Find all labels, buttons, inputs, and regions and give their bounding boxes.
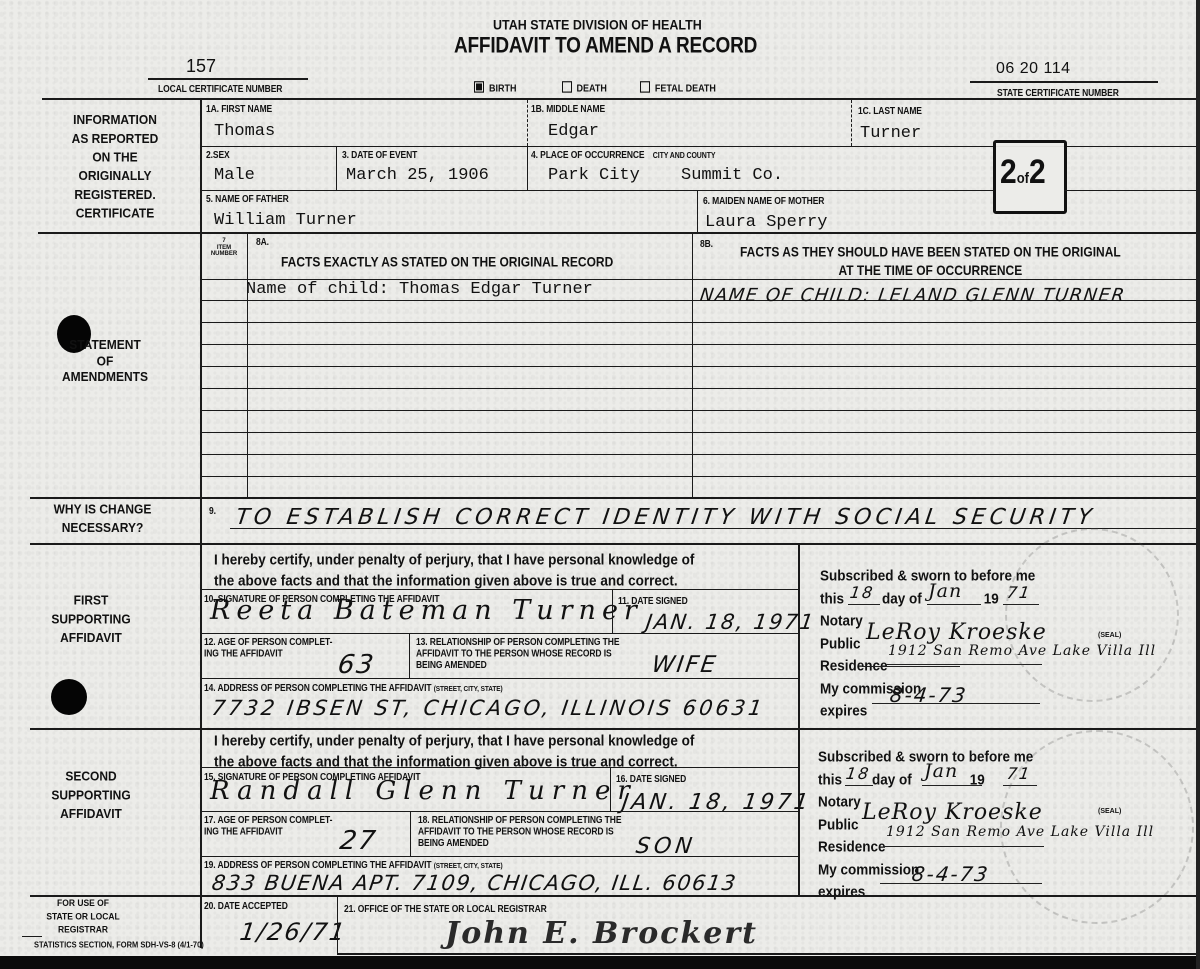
middle-name-label: 1B. MIDDLE NAME bbox=[531, 103, 605, 115]
section-label-registrar: FOR USE OF STATE OR LOCAL REGISTRAR bbox=[28, 896, 138, 936]
registrar-signature: John E. Brockert bbox=[445, 916, 758, 951]
date-of-event-label: 3. DATE OF EVENT bbox=[342, 149, 417, 161]
notary-day-2: 18 bbox=[845, 764, 872, 783]
item-number-header: 7 ITEM NUMBER bbox=[203, 238, 245, 258]
date-of-event-value: March 25, 1906 bbox=[346, 166, 489, 185]
address-label-19: 19. ADDRESS OF PERSON COMPLETING THE AFF… bbox=[204, 859, 503, 871]
registrar-office-label: 21. OFFICE OF THE STATE OR LOCAL REGISTR… bbox=[344, 903, 547, 915]
local-certificate-number: 157 bbox=[186, 56, 216, 77]
notary-month-2: Jan bbox=[924, 760, 958, 782]
relationship-label-18: 18. RELATIONSHIP OF PERSON COMPLETING TH… bbox=[418, 814, 621, 849]
age-value-12: 63 bbox=[336, 650, 377, 680]
sex-value: Male bbox=[214, 166, 255, 185]
page-stamp: 2of2 bbox=[993, 140, 1067, 214]
section-label-first-affidavit: FIRST SUPPORTING AFFIDAVIT bbox=[16, 591, 166, 647]
relationship-value-13: WIFE bbox=[650, 652, 719, 678]
reason-value: TO ESTABLISH CORRECT IDENTITY WITH SOCIA… bbox=[234, 505, 1097, 530]
page-right-edge bbox=[1196, 0, 1200, 969]
address-label-14: 14. ADDRESS OF PERSON COMPLETING THE AFF… bbox=[204, 682, 503, 694]
sex-label: 2.SEX bbox=[206, 149, 230, 161]
last-name-label: 1C. LAST NAME bbox=[858, 105, 922, 117]
reason-num: 9. bbox=[209, 505, 216, 517]
first-name-value: Thomas bbox=[214, 122, 275, 141]
place-county-value: Summit Co. bbox=[681, 166, 783, 185]
col-8b-num: 8B. bbox=[700, 238, 713, 250]
page-bottom-edge bbox=[0, 956, 1200, 969]
middle-name-value: Edgar bbox=[548, 122, 599, 141]
date-signed-label-16: 16. DATE SIGNED bbox=[616, 773, 686, 785]
age-label-17: 17. AGE OF PERSON COMPLET- ING THE AFFID… bbox=[204, 814, 332, 837]
form-title: AFFIDAVIT TO AMEND A RECORD bbox=[454, 34, 757, 59]
notary-expires-2: 8-4-73 bbox=[910, 862, 991, 886]
place-city-value: Park City bbox=[548, 166, 640, 185]
notary-expires-1: 8-4-73 bbox=[888, 683, 969, 707]
address-value-19: 833 BUENA APT. 7109, CHICAGO, ILL. 60613 bbox=[210, 871, 738, 895]
record-type-options: BIRTH DEATH FETAL DEATH bbox=[474, 81, 716, 94]
mother-label: 6. MAIDEN NAME OF MOTHER bbox=[703, 195, 824, 207]
father-label: 5. NAME OF FATHER bbox=[206, 193, 289, 205]
local-certificate-label: LOCAL CERTIFICATE NUMBER bbox=[158, 83, 282, 95]
state-certificate-label: STATE CERTIFICATE NUMBER bbox=[997, 87, 1119, 99]
embossed-seal-1 bbox=[1005, 528, 1179, 702]
record-type-death[interactable]: DEATH bbox=[562, 82, 607, 94]
age-value-17: 27 bbox=[338, 826, 379, 856]
date-accepted-label: 20. DATE ACCEPTED bbox=[204, 900, 288, 912]
age-label-12: 12. AGE OF PERSON COMPLET- ING THE AFFID… bbox=[204, 636, 332, 659]
notary-month-1: Jan bbox=[928, 580, 962, 602]
amendment-corrected-row-1: NAME OF CHILD: LELAND GLENN TURNER bbox=[699, 285, 1127, 306]
section-label-why: WHY IS CHANGE NECESSARY? bbox=[30, 500, 175, 537]
checkbox-fetal-death[interactable] bbox=[640, 81, 650, 93]
notary-day-1: 18 bbox=[849, 583, 876, 602]
section-label-second-affidavit: SECOND SUPPORTING AFFIDAVIT bbox=[16, 767, 166, 823]
agency-name: UTAH STATE DIVISION OF HEALTH bbox=[493, 17, 702, 32]
form-identifier: STATISTICS SECTION, FORM SDH-VS-8 (4/1-7… bbox=[34, 939, 204, 949]
record-type-birth[interactable]: BIRTH bbox=[474, 82, 517, 94]
certify-statement-2: I hereby certify, under penalty of perju… bbox=[214, 730, 694, 772]
state-certificate-number: 06 20 114 bbox=[996, 60, 1071, 78]
father-value: William Turner bbox=[214, 211, 357, 230]
signature-second-affiant: Randall Glenn Turner bbox=[210, 776, 637, 806]
first-name-label: 1A. FIRST NAME bbox=[206, 103, 272, 115]
mother-value: Laura Sperry bbox=[705, 213, 827, 232]
section-label-amendments: STATEMENT OF AMENDMENTS bbox=[20, 336, 190, 387]
date-signed-label-11: 11. DATE SIGNED bbox=[618, 595, 688, 607]
col-8a-num: 8A. bbox=[256, 236, 269, 248]
relationship-label-13: 13. RELATIONSHIP OF PERSON COMPLETING TH… bbox=[416, 636, 619, 671]
place-label: 4. PLACE OF OCCURRENCE CITY AND COUNTY bbox=[531, 149, 715, 161]
last-name-value: Turner bbox=[860, 124, 921, 143]
affidavit-document: UTAH STATE DIVISION OF HEALTH AFFIDAVIT … bbox=[0, 0, 1200, 969]
checkbox-birth-checked[interactable] bbox=[474, 81, 484, 93]
date-accepted-value: 1/26/71 bbox=[238, 918, 348, 946]
punch-hole-2 bbox=[51, 679, 87, 715]
certify-statement-1: I hereby certify, under penalty of perju… bbox=[214, 549, 694, 591]
signature-first-affiant: Reeta Bateman Turner bbox=[210, 595, 643, 626]
date-signed-value-11: JAN. 18, 1971 bbox=[644, 610, 817, 634]
amendment-original-row-1: Name of child: Thomas Edgar Turner bbox=[246, 280, 593, 299]
col-8b-header: FACTS AS THEY SHOULD HAVE BEEN STATED ON… bbox=[740, 243, 1121, 280]
section-label-original-info: INFORMATION AS REPORTED ON THE ORIGINALL… bbox=[40, 111, 190, 223]
checkbox-death[interactable] bbox=[562, 81, 572, 93]
address-value-14: 7732 IBSEN ST, CHICAGO, ILLINOIS 60631 bbox=[210, 696, 766, 720]
record-type-fetal-death[interactable]: FETAL DEATH bbox=[640, 82, 716, 94]
col-8a-header: FACTS EXACTLY AS STATED ON THE ORIGINAL … bbox=[281, 254, 613, 270]
